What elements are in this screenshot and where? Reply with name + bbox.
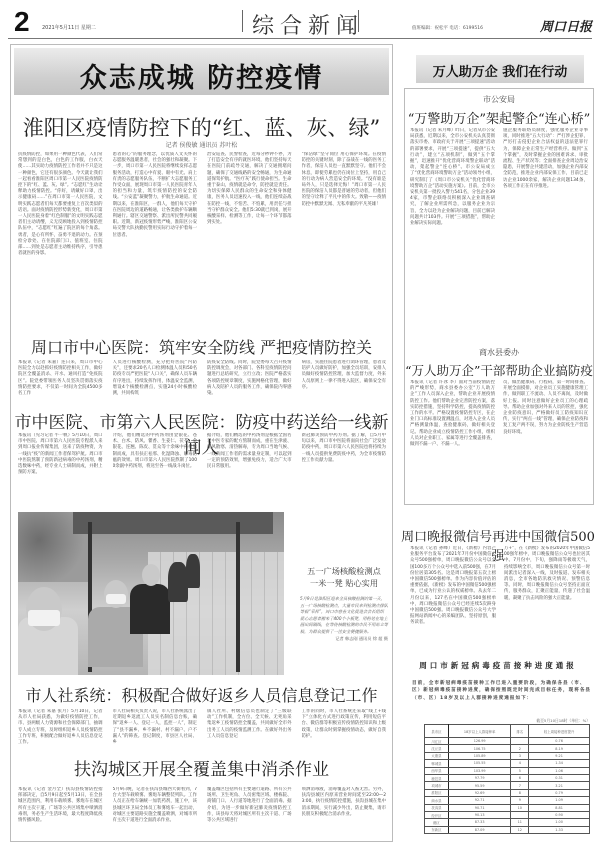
article-headline[interactable]: 扶沟城区开展全覆盖集中消杀作业 <box>14 755 389 780</box>
page-number: 2 <box>14 6 30 38</box>
article-column: 覆盖城区包括所有主要通行道路、所有公共场所、卫生死角、人员密集区域、楼栋院、商铺… <box>207 787 292 837</box>
article-body: 抗疫情防控，如果用一种颜色代表，人们常常想到的是白色，白色的工作服，白衣天使……… <box>18 152 386 324</box>
table-cell: 9 <box>511 797 529 804</box>
table-cell: 1.06 <box>529 767 590 774</box>
table-cell: 6 <box>511 774 529 781</box>
photo-tent <box>73 512 273 534</box>
table-cell: 97.79 <box>448 774 511 781</box>
table-cell: 东新区 <box>425 826 449 833</box>
article-column: 介绍，他们精选的中药汤剂由金银花、苍术、白术、防风、藿香、生姜仁、茯苓、金银花、… <box>113 433 198 499</box>
article-column: 人员进行核酸检测，充分把好医院“内防关”，还要求20名人口检测体温人员和50名防… <box>113 360 198 405</box>
table-row: 东新区87.09121.33 <box>425 826 590 833</box>
table-cell: 90.13 <box>448 811 511 818</box>
table-cell: 郸城县 <box>425 760 449 767</box>
caption-line: 一米一凳 贴心实用 <box>298 577 390 589</box>
article-body: 本报讯（记者 朱嘉 张月）5月10日，记者从市人社局获悉，为做好疫情防控工作，市… <box>18 709 386 749</box>
table-cell: 12 <box>511 826 529 833</box>
section-title: 综合新闻 <box>252 9 364 40</box>
table-row: 郸城县105.5541.34 <box>425 760 590 767</box>
column-header: 18岁以上人群接种率 <box>448 725 511 738</box>
right-banner-title: 万人助万企 我们在行动 <box>416 61 584 80</box>
story-body: 本报讯（记者 许冰 李）面对当前疫情防控的严峻形势，商水县委办公室“万人助万企”… <box>410 380 588 500</box>
table-cell: 0.31 <box>529 774 590 781</box>
table-cell: 0.76 <box>529 738 590 745</box>
article-column: 5月9日晚，记者在扶沟县城西大街看到，7台大型车载喷雾、雾炮车辆整装列队。工作人… <box>113 787 198 837</box>
table-row: 淮阳区92.6980.79 <box>425 789 590 796</box>
story-column: 本报讯（记者 孙峰）近日，《新榜》内容产业服务平台发布了2021年7月份中国微信… <box>410 546 496 646</box>
table-row: 鹿邑县97.7960.31 <box>425 774 590 781</box>
table-cell: 2 <box>511 745 529 752</box>
table-cell <box>511 738 529 745</box>
table-row: 港区87.33111.00 <box>425 819 590 826</box>
article-headline[interactable]: 市人社系统：积极配合做好返乡人员信息登记工作 <box>14 683 389 706</box>
article-column: 病房，实施住院患者进行闭环管理，患者及陪护人员做好防护，加强全员培训，安排人员做… <box>302 360 387 405</box>
article-byline: 记者 侯俊敏 通讯员 苏叶松 <box>14 140 389 149</box>
photo-person <box>168 562 188 602</box>
table-cell: 105.89 <box>448 752 511 759</box>
table-cell: 10 <box>511 804 529 811</box>
table-row: 项城市95.5973.21 <box>425 782 590 789</box>
article-column: 本报讯（见习记者 牛一帆）5月10日，周口市中医院、周口市第六人民医院专程派人来… <box>18 433 103 499</box>
article-column: 患者的心”的服务理念，以优质人文关怀的志愿服务温暖患者，社会的强壮和凝聚。下一步… <box>113 152 198 324</box>
table-row: 经开区90.130.90 <box>425 811 590 818</box>
story-body: 本报讯（记者 孙峰）近日，《新榜》内容产业服务平台发布了2021年7月份中国微信… <box>410 546 590 646</box>
table-cell: 8 <box>511 789 529 796</box>
table-cell: 0.90 <box>529 811 590 818</box>
table-cell: 9.21 <box>529 752 590 759</box>
table-cell: 105.55 <box>448 760 511 767</box>
table-cell: 商水县 <box>425 797 449 804</box>
story-department: 市公安局 <box>404 94 594 105</box>
photo-credit: 记者 韩志刚 通讯员 徐 超 摄 <box>300 636 388 643</box>
photo-caption: 5月9日是淮阳区迎来全员核酸检测的第一天，五一广场核酸检测点，大量市民来到检测点… <box>300 596 388 642</box>
photo-mask <box>106 594 126 604</box>
table-cell <box>511 811 529 818</box>
story-column: 万+”，在《新榜》发布的2020年中国微信500强年榜中，周口晚报微信公众号也位… <box>504 546 590 646</box>
story-column: 施企服务联络员制度，强化服务企业等事项，同时推进“五大行动”：严打涉企犯罪，严厉… <box>503 128 588 336</box>
table-cell: 1.09 <box>529 797 590 804</box>
article-column: 本报讯（记者 金月全）扶沟县疫情防控指挥部决定，自5月9日起至5月13日，在全县… <box>18 787 103 837</box>
table-cell: 港区 <box>425 819 449 826</box>
table-cell: 103.99 <box>448 767 511 774</box>
column-header: 排名 <box>511 725 529 738</box>
table-cell: 8.19 <box>529 745 590 752</box>
issue-date: 2021年5月11日 星期二 <box>42 24 96 31</box>
table-cell: 1.34 <box>529 760 590 767</box>
article-column: 镇人社所、村级信息员也制定了“三级联动”工作机制，全方位、全天候、无死角采集返乡… <box>207 709 292 749</box>
table-row: 商水县92.7191.09 <box>425 797 590 804</box>
table-cell: 11 <box>511 819 529 826</box>
article-column: 抗疫情防控，如果用一种颜色代表，人们常常想到的是白色，白色的工作服，白衣天使……… <box>18 152 103 324</box>
table-row: 川汇区126.990.76 <box>425 738 590 745</box>
table-row: 扶沟县90.71108.81 <box>425 804 590 811</box>
photo-person <box>186 554 200 588</box>
photo-caption-title: 五一广场核酸检测点 一米一凳 贴心实用 <box>298 565 390 589</box>
caption-text: 5月9日是淮阳区迎来全员核酸检测的第一天，五一广场核酸检测点，大量市民来到检测点… <box>300 596 388 634</box>
masthead-rule <box>8 38 592 39</box>
table-row: 沈丘县106.7528.19 <box>425 745 590 752</box>
article-column: 新冠肺炎预防中药方剂。据了解，自5月中旬以来，周口市中医院将面向社会广泛发放防疫… <box>302 433 387 499</box>
article-body: 本报讯（见习记者 牛一帆）5月10日，周口市中医院、周口市第六人民医院专程派人来… <box>18 433 386 499</box>
table-cell: 川汇区 <box>425 738 449 745</box>
column-header: 较上周接种进度提升 <box>529 725 590 738</box>
table-cell: 3 <box>511 752 529 759</box>
table-cell: 126.99 <box>448 738 511 745</box>
story-column: 本报讯（记者 许冰 李）面对当前疫情防控的严峻形势，商水县委办公室“万人助万企”… <box>410 380 495 500</box>
banner-title: 众志成城 防控疫情 <box>14 56 389 95</box>
table-cell: 5 <box>511 767 529 774</box>
table-cell: 90.71 <box>448 804 511 811</box>
photo-mask <box>28 610 60 626</box>
article-column: 本报讯（记者 朱嘉 张月）5月10日，记者从市人社局获悉，为做好疫情防控工作，市… <box>18 709 103 749</box>
table-cell: 1.33 <box>529 826 590 833</box>
table-row: 西华县103.9951.06 <box>425 767 590 774</box>
editor-line: 值班编辑：祝松平 电话：6199516 <box>412 25 483 31</box>
story-column: 本报讯（记者 朱月峰）昨日，记者从市公安局获悉，近期以来，全市公安机关认真贯彻落… <box>410 128 495 336</box>
news-photo[interactable] <box>18 512 284 675</box>
table-cell: 3.21 <box>529 782 590 789</box>
article-column: “保洁绿”坚守岗位 用心保护环境。在疫情防控的关键时刻，除了奋战在一线的医务工作… <box>302 152 387 324</box>
article-column: 防疫安全防线。同时，院党委每天召开疫情防控调度会，对各部门、各科室疫情防控问题进… <box>207 360 292 405</box>
divider <box>358 10 359 32</box>
table-cell: 淮阳区 <box>425 789 449 796</box>
story-department: 商水县委办 <box>404 347 594 358</box>
masthead: 2 2021年5月11日 星期二 综合新闻 值班编辑：祝松平 电话：619951… <box>0 0 600 40</box>
article-body: 本报讯（记者 朱嘉）连日来，周口市中心医院全力以赴抓好疫情防控相关工作，做好院区… <box>18 360 386 405</box>
article-body: 本报讯（记者 金月全）扶沟县疫情防控指挥部决定，自5月9日起至5月13日，在全县… <box>18 787 386 837</box>
table-cell: 鹿邑县 <box>425 774 449 781</box>
table-header-row: 县市区 18岁以上人群接种率 排名 较上周接种进度提升 <box>425 725 590 738</box>
photo-pole <box>236 522 240 672</box>
table-cell: 西华县 <box>425 767 449 774</box>
article-column: 治安巡查、民警检查，近每分秒钟不停，为了打造安全有序的就医环境，他们坚持每天在医… <box>207 152 292 324</box>
right-banner: 万人助万企 我们在行动 <box>416 55 584 83</box>
table-cell: 7 <box>511 782 529 789</box>
article-column: 据介绍，他们精选的中药汤剂是根据全国名老中医专家的配方熬制而成，重在生津液、疏风… <box>207 433 292 499</box>
article-column: 市人社局相关负责人说，市人社系统派出了近期返乡返流工人员实名制信息台账，确保“返… <box>113 709 198 749</box>
vaccine-notice-intro: 目前，全市新冠病毒疫苗接种工作已进入重要阶段，为确保各县（市、区）新冠病毒疫苗接… <box>412 680 592 702</box>
photo-person <box>130 584 170 634</box>
table-cell: 0.79 <box>529 789 590 796</box>
table-cell: 92.71 <box>448 797 511 804</box>
article-column: 工作的同时，市人社系统还采取“线上+线下”立体化方式进行政策宣传，利用短信平台、… <box>302 709 387 749</box>
left-banner: 众志成城 防控疫情 <box>14 48 389 95</box>
table-cell: 沈丘县 <box>425 745 449 752</box>
table-cell: 92.69 <box>448 789 511 796</box>
table-cell: 8.81 <box>529 804 590 811</box>
story-headline[interactable]: “万警助万企”架起警企“连心桥” <box>404 108 594 127</box>
vaccine-notice-headline[interactable]: 周口市新冠病毒疫苗接种进度通报 <box>400 660 596 671</box>
table-row: 太康县105.8939.21 <box>425 752 590 759</box>
article-headline[interactable]: 淮阳区疫情防控下的“红、蓝、灰、绿” <box>14 112 389 142</box>
table-cell: 太康县 <box>425 752 449 759</box>
table-cell: 106.75 <box>448 745 511 752</box>
table-cell: 项城市 <box>425 782 449 789</box>
table-cell: 95.59 <box>448 782 511 789</box>
vaccine-progress-table: 县市区 18岁以上人群接种率 排名 较上周接种进度提升 川汇区126.990.7… <box>424 724 590 834</box>
photo-face <box>142 564 160 586</box>
table-cell: 扶沟县 <box>425 804 449 811</box>
story-headline[interactable]: “万人助万企”干部帮助企业搞防疫 <box>404 361 594 379</box>
caption-line: 五一广场核酸检测点 <box>298 565 390 577</box>
article-headline[interactable]: 周口市中心医院：筑牢安全防线 严把疫情防控关 <box>14 335 389 358</box>
newspaper-logo: 周口日报 <box>540 16 592 35</box>
story-body: 本报讯（记者 朱月峰）昨日，记者从市公安局获悉，近期以来，全市公安机关认真贯彻落… <box>410 128 588 336</box>
article-column: 本报讯（记者 朱嘉）连日来，周口市中心医院全力以赴抓好疫情防控相关工作，做好院区… <box>18 360 103 405</box>
table-cell: 4 <box>511 760 529 767</box>
story-column: 员，做出健康码、行程码，第一时间排查。开展全面摸排，对企业员工实施健康管理工作，… <box>503 380 588 500</box>
table-cell: 87.33 <box>448 819 511 826</box>
article-column: 喷洒消毒液，消毒覆盖对人畜无害。另外，扶沟县城区内原来营业时间延至22:00—2… <box>302 787 387 837</box>
divider <box>242 10 243 32</box>
column-header: 县市区 <box>425 725 449 738</box>
table-cell: 87.09 <box>448 826 511 833</box>
table-cell: 经开区 <box>425 811 449 818</box>
table-cell: 1.00 <box>529 819 590 826</box>
